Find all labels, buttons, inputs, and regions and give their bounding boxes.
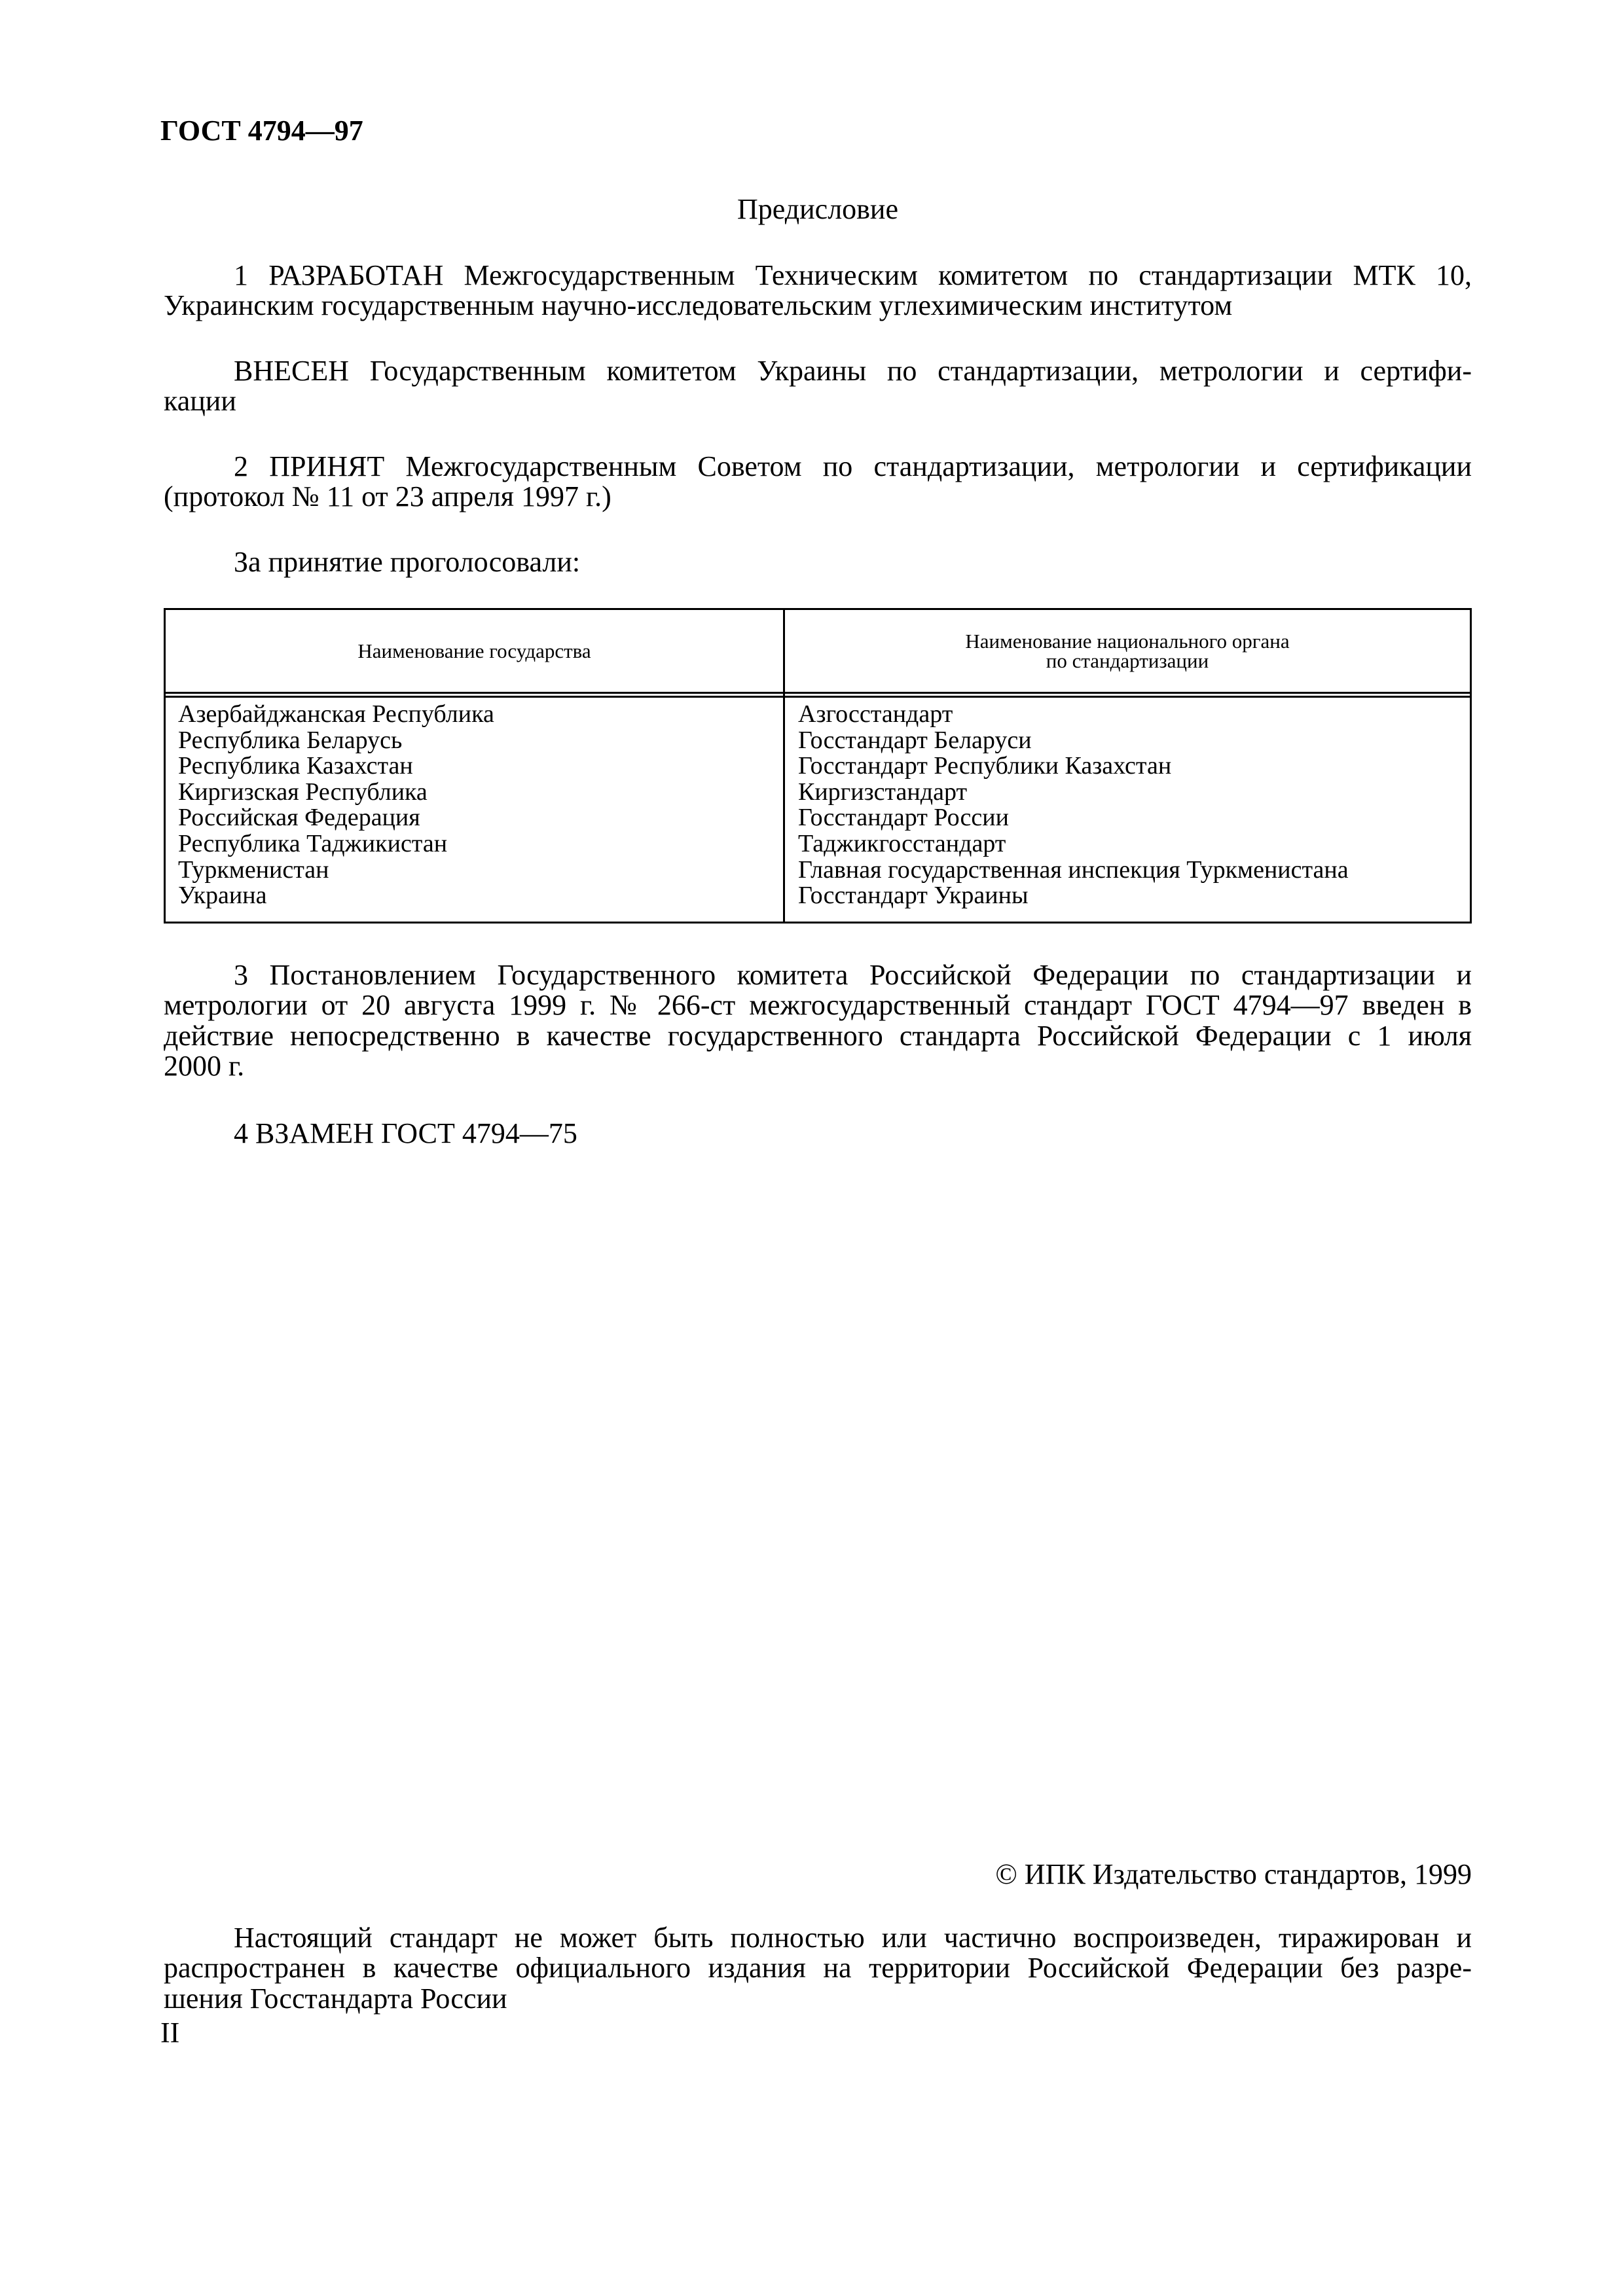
p4-line: 4 ВЗАМЕН ГОСТ 4794—75 xyxy=(164,1119,1472,1149)
table-cell-body: Госстандарт Республики Казахстан xyxy=(798,753,1349,780)
table-cell-body: Таджикгосстандарт xyxy=(798,831,1349,857)
table-header-state: Наименование государства xyxy=(166,610,783,692)
p1b-line-1: ВНЕСЕН Государственным комитетом Украины… xyxy=(164,356,1472,386)
p2-line-1: 2 ПРИНЯТ Межгосударственным Советом по с… xyxy=(164,452,1472,482)
table-cell-state: Киргизская Республика xyxy=(178,780,494,806)
table-header-body-line-2: по стандартизации xyxy=(965,651,1289,671)
table-header-body: Наименование национального органа по ста… xyxy=(785,610,1470,692)
notice-line-3: шения Госстандарта России xyxy=(164,1984,1472,2014)
table-cell-state: Республика Беларусь xyxy=(178,728,494,754)
table-cell-state: Украина xyxy=(178,883,494,909)
p3-line-4: 2000 г. xyxy=(164,1051,1472,1081)
p1-line-1: 1 РАЗРАБОТАН Межгосударственным Техничес… xyxy=(164,260,1472,291)
table-column-bodies: Азгосстандарт Госстандарт Беларуси Госст… xyxy=(798,702,1349,909)
table-cell-body: Главная государственная инспекция Туркме… xyxy=(798,857,1349,884)
p2b-line: За принятие проголосовали: xyxy=(164,547,1472,577)
table-header-body-line-1: Наименование национального органа xyxy=(965,632,1289,651)
table-cell-body: Госстандарт Беларуси xyxy=(798,728,1349,754)
table-cell-state: Туркменистан xyxy=(178,857,494,884)
document-code: ГОСТ 4794—97 xyxy=(160,113,363,149)
p1b-line-2: кации xyxy=(164,386,1472,416)
table-column-states: Азербайджанская Республика Республика Бе… xyxy=(178,702,494,909)
paragraph-developed-by: 1 РАЗРАБОТАН Межгосударственным Техничес… xyxy=(164,260,1472,321)
paragraph-replaces: 4 ВЗАМЕН ГОСТ 4794—75 xyxy=(164,1119,1472,1149)
table-cell-state: Республика Казахстан xyxy=(178,753,494,780)
paragraph-introduced-by: ВНЕСЕН Государственным комитетом Украины… xyxy=(164,356,1472,417)
copyright-notice: © ИПК Издательство стандартов, 1999 xyxy=(995,1856,1472,1893)
reproduction-notice: Настоящий стандарт не может быть полност… xyxy=(164,1923,1472,2014)
paragraph-adopted-by: 2 ПРИНЯТ Межгосударственным Советом по с… xyxy=(164,452,1472,512)
voting-table: Наименование государства Наименование на… xyxy=(164,608,1472,924)
section-title: Предисловие xyxy=(164,191,1472,228)
p3-line-2: метрологии от 20 августа 1999 г. № 266-с… xyxy=(164,990,1472,1020)
p1-line-2: Украинским государственным научно-исслед… xyxy=(164,291,1472,321)
table-cell-state: Республика Таджикистан xyxy=(178,831,494,857)
table-cell-body: Госстандарт Украины xyxy=(798,883,1349,909)
page-number: II xyxy=(160,2015,179,2051)
notice-line-2: распространен в качестве официального из… xyxy=(164,1953,1472,1983)
table-cell-body: Госстандарт России xyxy=(798,805,1349,831)
p3-line-1: 3 Постановлением Государственного комите… xyxy=(164,960,1472,990)
table-header-rule xyxy=(166,696,1470,698)
p3-line-3: действие непосредственно в качестве госу… xyxy=(164,1021,1472,1051)
table-cell-body: Азгосстандарт xyxy=(798,702,1349,728)
paragraph-voted: За принятие проголосовали: xyxy=(164,547,1472,577)
table-cell-body: Киргизстандарт xyxy=(798,780,1349,806)
notice-line-1: Настоящий стандарт не может быть полност… xyxy=(164,1923,1472,1953)
table-header-rule xyxy=(166,692,1470,694)
table-cell-state: Азербайджанская Республика xyxy=(178,702,494,728)
table-cell-state: Российская Федерация xyxy=(178,805,494,831)
paragraph-enacted: 3 Постановлением Государственного комите… xyxy=(164,960,1472,1081)
p2-line-2: (протокол № 11 от 23 апреля 1997 г.) xyxy=(164,482,1472,512)
